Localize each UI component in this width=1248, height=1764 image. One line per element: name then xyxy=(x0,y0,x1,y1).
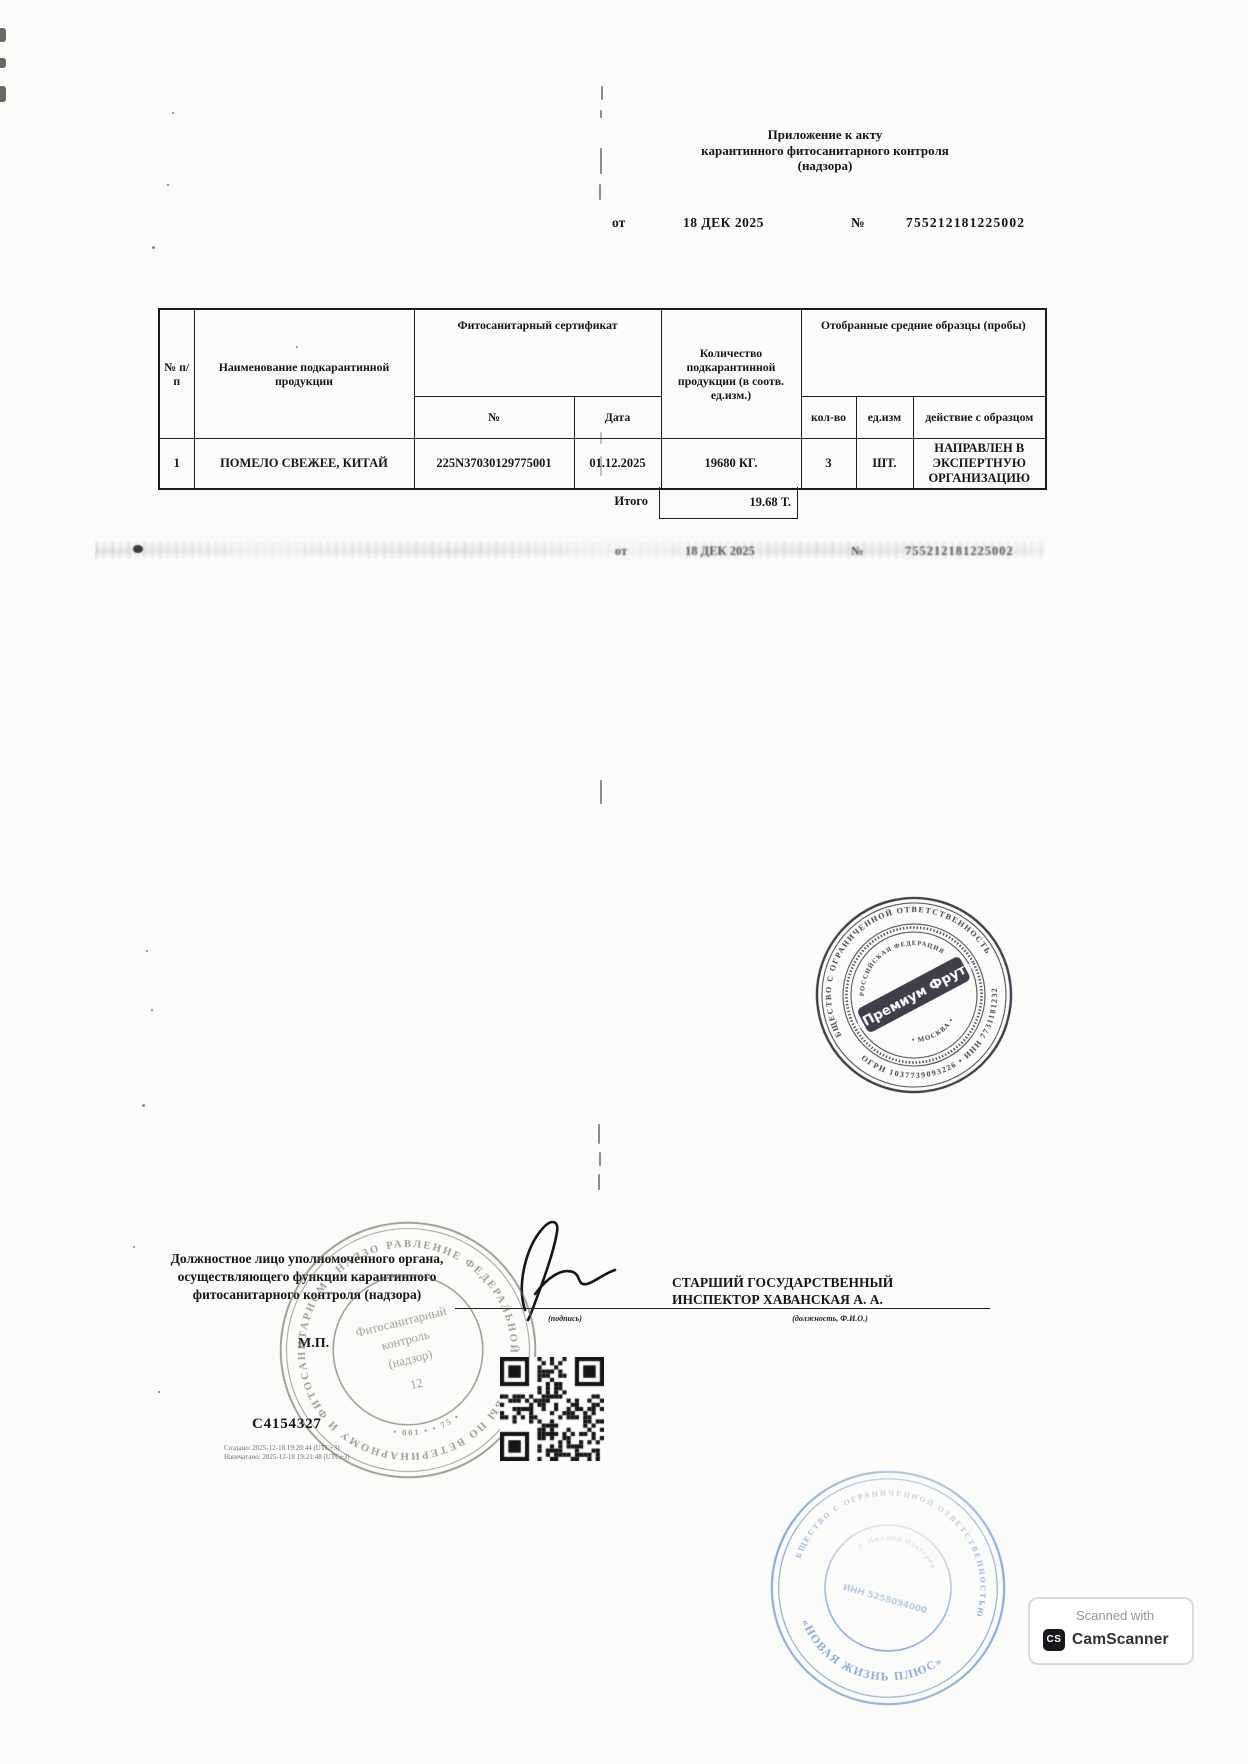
scan-speck xyxy=(296,346,298,348)
scan-speck xyxy=(172,112,174,114)
scan-edge-mark xyxy=(0,28,6,42)
cell-sample-action: НАПРАВЛЕН В ЭКСПЕРТНУЮ ОРГАНИЗАЦИЮ xyxy=(913,438,1046,489)
svg-text:«НОВАЯ ЖИЗНЬ ПЛЮС»: «НОВАЯ ЖИЗНЬ ПЛЮС» xyxy=(788,1614,947,1701)
premium-fruit-stamp: ОБЩЕСТВО С ОГРАНИЧЕННОЙ ОТВЕТСТВЕННОСТЬЮ… xyxy=(776,857,1052,1133)
scan-fold-mark xyxy=(600,110,602,118)
total-label: Итого xyxy=(430,494,648,509)
header-line-3: (надзора) xyxy=(625,158,1025,174)
document-header: Приложение к акту карантинного фитосанит… xyxy=(625,127,1025,174)
scan-fold-mark xyxy=(600,780,602,804)
header-line-1: Приложение к акту xyxy=(625,127,1025,143)
total-value: 19.68 Т. xyxy=(659,487,798,519)
blue-center-text: ИНН 5258094000 xyxy=(842,1583,928,1617)
blue-ring-bottom-text: «НОВАЯ ЖИЗНЬ ПЛЮС» xyxy=(788,1614,947,1701)
scan-speck xyxy=(152,246,155,249)
scanned-with-label: Scanned with xyxy=(1076,1608,1154,1623)
inspector-inner-line-4: 12 xyxy=(409,1376,425,1393)
col-header-name: Наименование подкарантинной продукции xyxy=(194,309,414,438)
blue-company-stamp: ОБЩЕСТВО С ОГРАНИЧЕННОЙ ОТВЕТСТВЕННОСТЬЮ… xyxy=(732,1432,1044,1744)
svg-text:• 001 • • 75 •: • 001 • • 75 • xyxy=(390,1410,464,1444)
qr-code xyxy=(500,1357,604,1461)
header-line-2: карантинного фитосанитарного контроля xyxy=(625,143,1025,159)
scan-fold-mark xyxy=(599,184,601,200)
cell-quantity: 19680 КГ. xyxy=(661,438,801,489)
col-header-unit: ед.изм xyxy=(856,396,913,438)
fine-print-line-2: Напечатано: 2025-12-18 19:21:48 (UTC+3) xyxy=(224,1453,350,1462)
scan-fold-mark xyxy=(598,1174,600,1190)
cell-cert-date: 01.12.2025 xyxy=(574,438,661,489)
scan-fold-mark xyxy=(598,1124,600,1144)
ref-from-label: от xyxy=(612,215,625,231)
col-header-count: кол-во xyxy=(801,396,856,438)
scan-fold-mark xyxy=(601,86,603,100)
scan-edge-mark xyxy=(0,86,6,102)
position-caption: (должность, Ф.И.О.) xyxy=(750,1314,910,1323)
col-header-cert: Фитосанитарный сертификат xyxy=(414,309,661,396)
scan-edge-mark xyxy=(0,58,6,68)
inspector-name: ИНСПЕКТОР ХАВАНСКАЯ А. А. xyxy=(672,1291,982,1308)
ref-date: 18 ДЕК 2025 xyxy=(683,215,764,231)
svg-text:г. Нижний Новгород: г. Нижний Новгород xyxy=(855,1523,944,1572)
ghost-date: 18 ДЕК 2025 xyxy=(685,544,755,559)
svg-text:• МОСКВА •: • МОСКВА • xyxy=(909,1014,959,1049)
cell-cert-number: 225N37030129775001 xyxy=(414,438,574,489)
ghost-from-label: от xyxy=(615,544,627,559)
document-code: С4154327 xyxy=(252,1416,322,1433)
camscanner-badge: Scanned with CS CamScanner xyxy=(1028,1597,1194,1665)
scan-fold-mark xyxy=(600,148,602,174)
scan-fold-mark xyxy=(599,1152,601,1166)
ref-number-label: № xyxy=(851,215,865,231)
ghost-number: 755212181225002 xyxy=(905,544,1014,559)
fine-print: Создано: 2025-12-18 19:20:44 (UTC+3) Нап… xyxy=(224,1444,350,1462)
ref-number: 755212181225002 xyxy=(906,215,1025,231)
col-header-num: № п/п xyxy=(159,309,194,438)
ink-blot xyxy=(133,545,143,553)
scan-speck xyxy=(151,1009,153,1011)
camscanner-label: CamScanner xyxy=(1072,1631,1169,1649)
col-header-cert-no: № xyxy=(414,396,574,438)
inspector-ring2-text: • 001 • • 75 • xyxy=(390,1410,464,1444)
scan-smudge-band xyxy=(95,541,1045,559)
camscanner-logo-icon: CS xyxy=(1043,1629,1065,1651)
scan-fold-mark xyxy=(600,456,602,476)
cell-row-num: 1 xyxy=(159,438,194,489)
inspector-name-block: СТАРШИЙ ГОСУДАРСТВЕННЫЙ ИНСПЕКТОР ХАВАНС… xyxy=(672,1274,982,1308)
scan-speck xyxy=(142,1104,145,1107)
products-table: № п/п Наименование подкарантинной продук… xyxy=(158,308,1047,490)
scan-fold-mark xyxy=(600,432,602,444)
cell-sample-unit: ШТ. xyxy=(856,438,913,489)
col-header-samples: Отобранные средние образцы (пробы) xyxy=(801,309,1046,396)
premium-inner-bottom-text: • МОСКВА • xyxy=(909,1014,959,1049)
scan-speck xyxy=(167,184,169,186)
scan-speck xyxy=(146,950,148,952)
ghost-number-label: № xyxy=(851,544,864,559)
fine-print-line-1: Создано: 2025-12-18 19:20:44 (UTC+3) xyxy=(224,1444,350,1453)
col-header-action: действие с образцом xyxy=(913,396,1046,438)
inspector-inner-line-3: (надзор) xyxy=(387,1347,434,1371)
table-row: 1 ПОМЕЛО СВЕЖЕЕ, КИТАЙ 225N3703012977500… xyxy=(159,438,1046,489)
scanned-document-page: Приложение к акту карантинного фитосанит… xyxy=(0,0,1248,1764)
col-header-cert-date: Дата xyxy=(574,396,661,438)
cell-sample-count: 3 xyxy=(801,438,856,489)
scan-speck xyxy=(158,1391,160,1393)
inspector-title: СТАРШИЙ ГОСУДАРСТВЕННЫЙ xyxy=(672,1274,982,1291)
col-header-qty: Количество подкарантинной продукции (в с… xyxy=(661,309,801,438)
cell-product-name: ПОМЕЛО СВЕЖЕЕ, КИТАЙ xyxy=(194,438,414,489)
blue-inner-top-text: г. Нижний Новгород xyxy=(855,1523,944,1572)
scan-speck xyxy=(133,1246,135,1248)
